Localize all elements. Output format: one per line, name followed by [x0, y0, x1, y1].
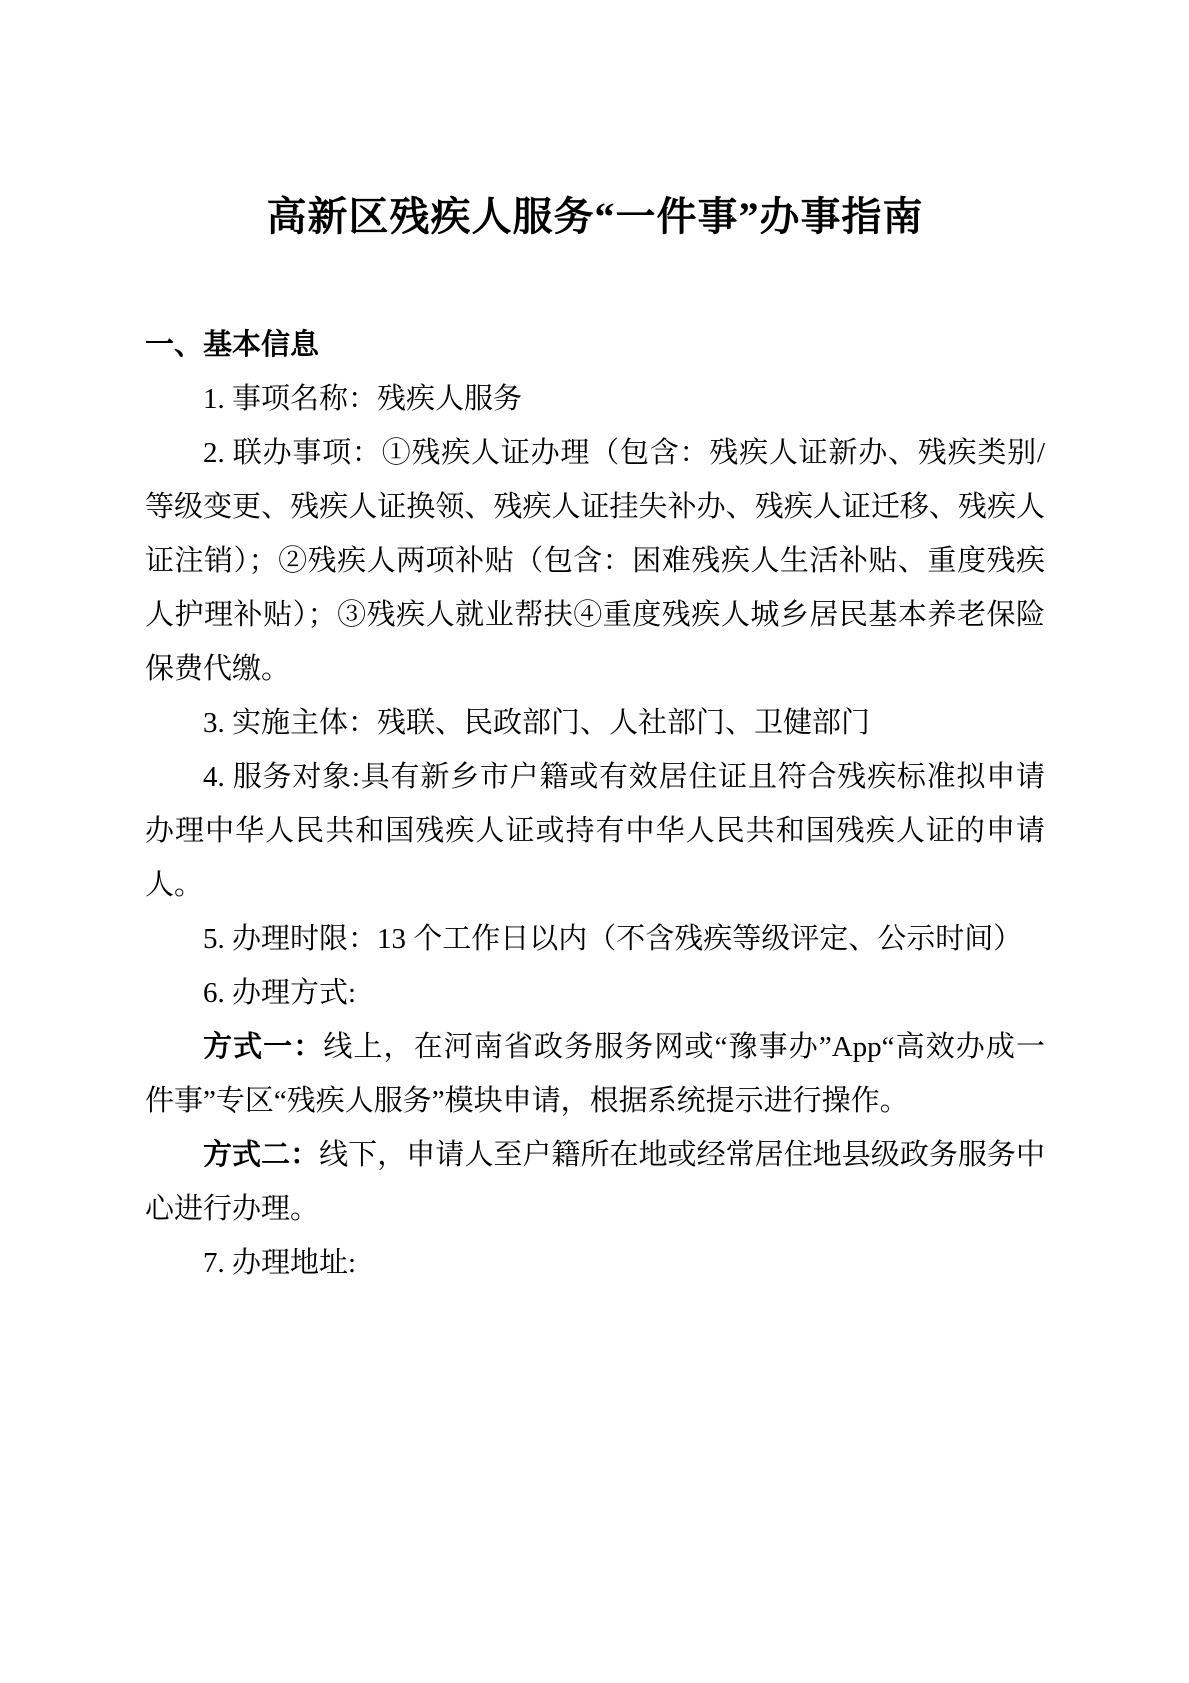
document-page: 高新区残疾人服务“一件事”办事指南 一、基本信息 1. 事项名称：残疾人服务 2…: [0, 0, 1189, 1683]
paragraph-time-limit: 5. 办理时限：13 个工作日以内（不含残疾等级评定、公示时间）: [145, 912, 1045, 966]
paragraph-method-one: 方式一：线上，在河南省政务服务网或“豫事办”App“高效办成一件事”专区“残疾人…: [145, 1020, 1045, 1128]
paragraph-implementing-bodies: 3. 实施主体：残联、民政部门、人社部门、卫健部门: [145, 696, 1045, 750]
section-heading-basic-info: 一、基本信息: [145, 318, 1045, 372]
method-two-label: 方式二：: [203, 1139, 319, 1171]
document-title: 高新区残疾人服务“一件事”办事指南: [145, 188, 1045, 246]
paragraph-method-two: 方式二：线下，申请人至户籍所在地或经常居住地县级政务服务中心进行办理。: [145, 1128, 1045, 1236]
paragraph-service-targets: 4. 服务对象:具有新乡市户籍或有效居住证且符合残疾标准拟申请办理中华人民共和国…: [145, 750, 1045, 912]
method-one-label: 方式一：: [203, 1031, 323, 1063]
paragraph-joint-items: 2. 联办事项：①残疾人证办理（包含：残疾人证新办、残疾类别/等级变更、残疾人证…: [145, 426, 1045, 696]
paragraph-item-name: 1. 事项名称：残疾人服务: [145, 372, 1045, 426]
paragraph-handling-address: 7. 办理地址:: [145, 1236, 1045, 1290]
paragraph-handling-methods: 6. 办理方式:: [145, 966, 1045, 1020]
